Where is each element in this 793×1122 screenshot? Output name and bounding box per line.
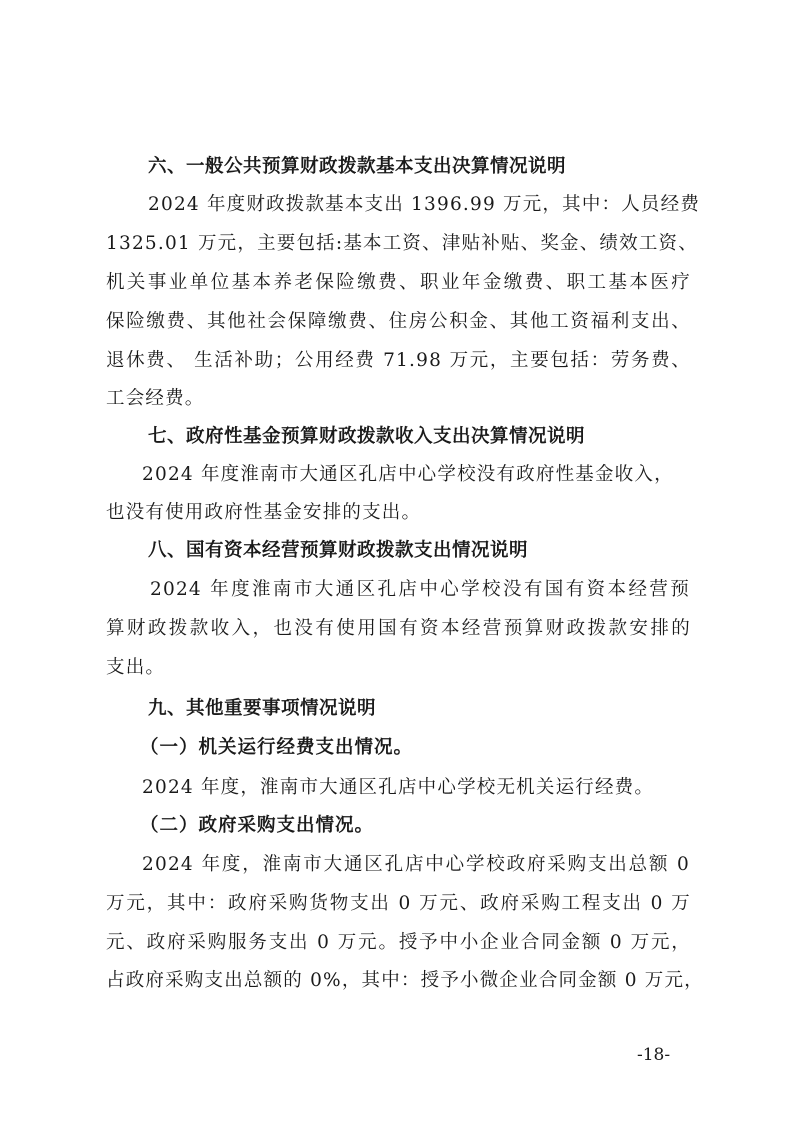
paragraph-line: 支出。: [106, 653, 165, 679]
paragraph-line: 机关事业单位基本养老保险缴费、职业年金缴费、职工基本医疗: [106, 268, 691, 294]
paragraph-line: 1325.01 万元，主要包括:基本工资、津贴补贴、奖金、绩效工资、: [106, 229, 691, 255]
section-heading-7: 七、政府性基金预算财政拨款收入支出决算情况说明: [148, 422, 585, 448]
paragraph-line: 2024 年度财政拨款基本支出 1396.99 万元，其中：人员经费: [148, 190, 685, 216]
page-number: -18-: [637, 1045, 670, 1065]
paragraph-line: 2024 年度，淮南市大通区孔店中心学校政府采购支出总额 0: [142, 850, 690, 876]
paragraph-line: 工会经费。: [106, 384, 205, 410]
section-heading-6: 六、一般公共预算财政拨款基本支出决算情况说明: [148, 152, 566, 178]
paragraph-line: 占政府采购支出总额的 0%，其中：授予小微企业合同金额 0 万元，: [106, 966, 691, 992]
paragraph-line: 万元，其中：政府采购货物支出 0 万元、政府采购工程支出 0 万: [106, 889, 691, 915]
paragraph-line: 保险缴费、其他社会保障缴费、住房公积金、其他工资福利支出、: [106, 307, 691, 333]
paragraph-line: 也没有使用政府性基金安排的支出。: [106, 498, 421, 524]
paragraph-line: 2024 年度淮南市大通区孔店中心学校没有国有资本经营预: [150, 575, 690, 601]
paragraph-line: 退休费、 生活补助；公用经费 71.98 万元，主要包括：劳务费、: [106, 346, 691, 372]
section-heading-9: 九、其他重要事项情况说明: [148, 694, 376, 720]
section-heading-8: 八、国有资本经营预算财政拨款支出情况说明: [148, 536, 528, 562]
subsection-heading-2: （二）政府采购支出情况。: [140, 811, 374, 837]
paragraph-line: 元、政府采购服务支出 0 万元。授予中小企业合同金额 0 万元，: [106, 928, 691, 954]
subsection-heading-1: （一）机关运行经费支出情况。: [140, 733, 413, 759]
paragraph-line: 2024 年度淮南市大通区孔店中心学校没有政府性基金收入，: [142, 460, 662, 486]
paragraph-line: 算财政拨款收入，也没有使用国有资本经营预算财政拨款安排的: [106, 614, 691, 640]
paragraph-line: 2024 年度，淮南市大通区孔店中心学校无机关运行经费。: [142, 773, 654, 799]
